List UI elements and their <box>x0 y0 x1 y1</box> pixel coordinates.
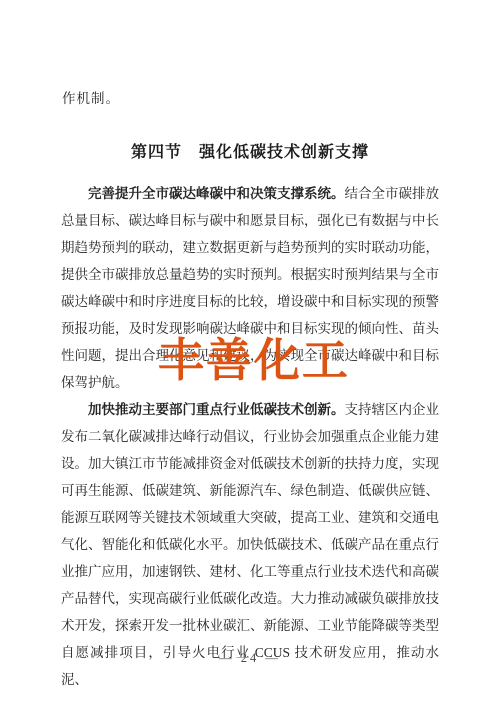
page-number: — 24 — <box>0 651 500 666</box>
paragraph-2-lead: 加快推动主要部门重点行业低碳技术创新。 <box>88 402 345 417</box>
paragraph-2: 加快推动主要部门重点行业低碳技术创新。支持辖区内企业发布二氧化碳减排达峰行动倡议… <box>61 396 439 693</box>
document-page: 作机制。 第四节 强化低碳技术创新支撑 完善提升全市碳达峰碳中和决策支撑系统。结… <box>0 0 500 707</box>
section-heading: 第四节 强化低碳技术创新支撑 <box>0 139 500 162</box>
paragraph-2-text: 支持辖区内企业发布二氧化碳减排达峰行动倡议，行业协会加强重点企业能力建设。加大镇… <box>61 402 439 687</box>
document-body: 完善提升全市碳达峰碳中和决策支撑系统。结合全市碳排放总量目标、碳达峰目标与碳中和… <box>61 180 439 693</box>
opening-line: 作机制。 <box>62 87 120 107</box>
watermark: 丰善化工 <box>158 324 350 390</box>
paragraph-1-lead: 完善提升全市碳达峰碳中和决策支撑系统。 <box>88 186 345 201</box>
